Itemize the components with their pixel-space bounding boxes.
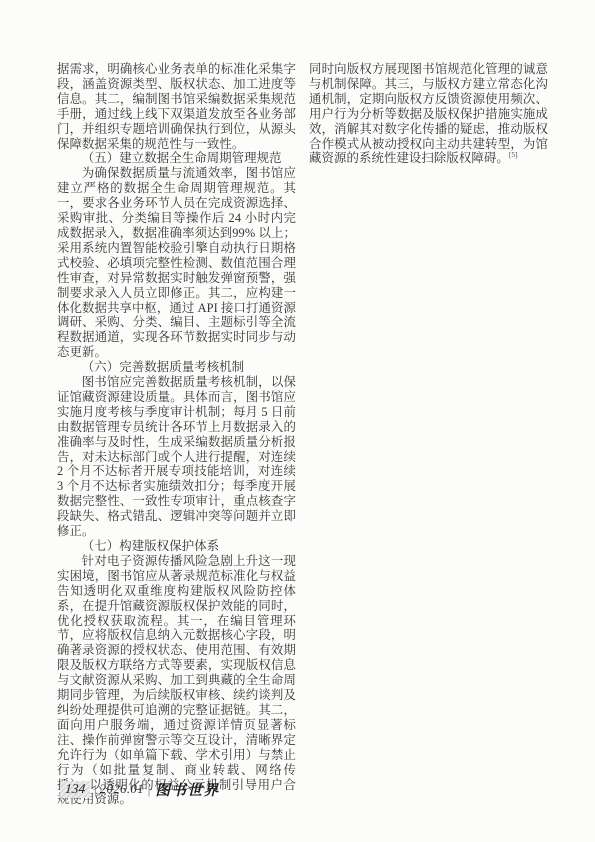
left-column: 据需求，明确核心业务表单的标准化采集字段，涵盖资源类型、版权状态、加工进度等信息…: [57, 62, 296, 807]
footer-separator: |: [93, 782, 97, 798]
paragraph-continuation: 据需求，明确核心业务表单的标准化采集字段，涵盖资源类型、版权状态、加工进度等信息…: [57, 62, 296, 151]
section-heading-6: （六）完善数据质量考核机制: [57, 360, 296, 375]
paragraph: 为确保数据质量与流通效率，图书馆应建立严格的数据全生命周期管理规范。其一，要求各…: [57, 166, 296, 360]
issue-date: 2026.01: [100, 782, 144, 797]
paragraph-continuation: 同时向版权方展现图书馆规范化管理的诚意与机制保障。其三，与版权方建立常态化沟通机…: [309, 62, 548, 166]
citation-ref: [5]: [509, 150, 518, 159]
page-number-badge: 134: [59, 781, 90, 798]
right-column: 同时向版权方展现图书馆规范化管理的诚意与机制保障。其三，与版权方建立常态化沟通机…: [309, 62, 548, 807]
journal-page: 据需求，明确核心业务表单的标准化采集字段，涵盖资源类型、版权状态、加工进度等信息…: [0, 0, 595, 842]
page-footer: 134 | 2026.01 | 图书世界: [60, 779, 220, 800]
section-heading-5: （五）建立数据全生命周期管理规范: [57, 151, 296, 166]
text-columns: 据需求，明确核心业务表单的标准化采集字段，涵盖资源类型、版权状态、加工进度等信息…: [57, 62, 548, 807]
section-heading-7: （七）构建版权保护体系: [57, 539, 296, 554]
footer-separator: |: [147, 782, 151, 798]
paragraph: 图书馆应完善数据质量考核机制，以保证馆藏资源建设质量。具体而言，图书馆应实施月度…: [57, 375, 296, 539]
paragraph: 针对电子资源传播风险急剧上升这一现实困境，图书馆应从著录规范标准化与权益告知透明…: [57, 554, 296, 807]
journal-name: 图书世界: [156, 779, 220, 800]
